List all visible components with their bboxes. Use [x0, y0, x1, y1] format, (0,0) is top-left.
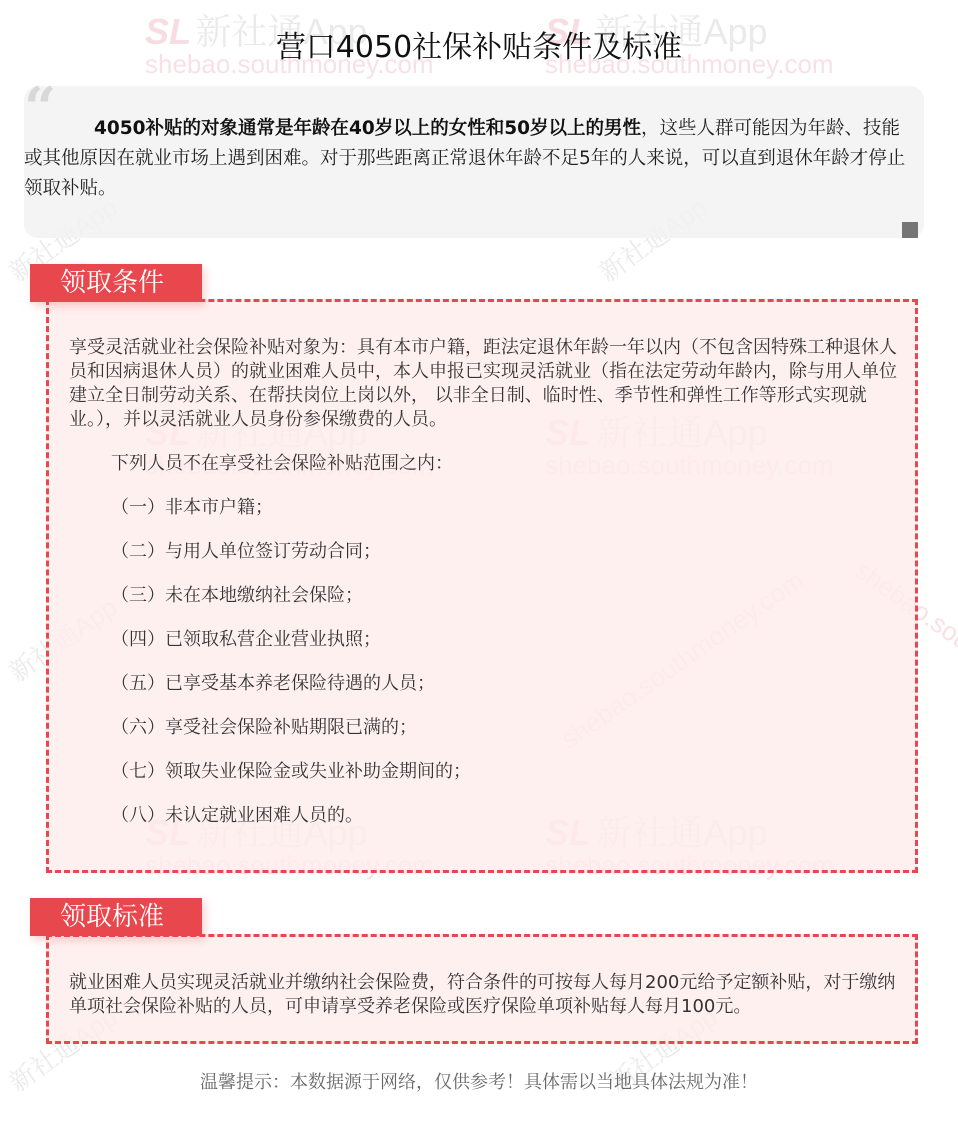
list-item: （二）与用人单位签订劳动合同；	[111, 540, 381, 564]
list-item: （六）享受社会保险补贴期限已满的；	[111, 716, 417, 740]
footer-note: 温馨提示：本数据源于网络，仅供参考！具体需以当地具体法规为准！	[0, 1068, 958, 1094]
intro-bold-lead: 4050补贴的对象通常是年龄在40岁以上的女性和50岁以上的男性	[94, 118, 641, 139]
list-item: （四）已领取私营企业营业执照；	[111, 628, 381, 652]
list-item: （七）领取失业保险金或失业补助金期间的；	[111, 760, 471, 784]
list-item: （五）已享受基本养老保险待遇的人员；	[111, 672, 435, 696]
page-title: 营口4050社保补贴条件及标准	[0, 22, 958, 66]
intro-paragraph: 4050补贴的对象通常是年龄在40岁以上的女性和50岁以上的男性，这些人群可能因…	[24, 114, 908, 204]
exclusion-intro: 下列人员不在享受社会保险补贴范围之内：	[111, 452, 453, 476]
section-tag-conditions: 领取条件	[30, 264, 202, 302]
conditions-box: 享受灵活就业社会保险补贴对象为：具有本市户籍，距法定退休年龄一年以内（不包含因特…	[46, 299, 918, 873]
standards-paragraph: 就业困难人员实现灵活就业并缴纳社会保险费，符合条件的可按每人每月200元给予定额…	[69, 971, 899, 1019]
corner-decoration-icon	[902, 222, 918, 238]
conditions-paragraph: 享受灵活就业社会保险补贴对象为：具有本市户籍，距法定退休年龄一年以内（不包含因特…	[69, 336, 899, 432]
list-item: （一）非本市户籍；	[111, 496, 273, 520]
list-item: （三）未在本地缴纳社会保险；	[111, 584, 363, 608]
list-item: （八）未认定就业困难人员的。	[111, 804, 363, 828]
standards-box: 就业困难人员实现灵活就业并缴纳社会保险费，符合条件的可按每人每月200元给予定额…	[46, 934, 918, 1044]
section-tag-standards: 领取标准	[30, 898, 202, 936]
